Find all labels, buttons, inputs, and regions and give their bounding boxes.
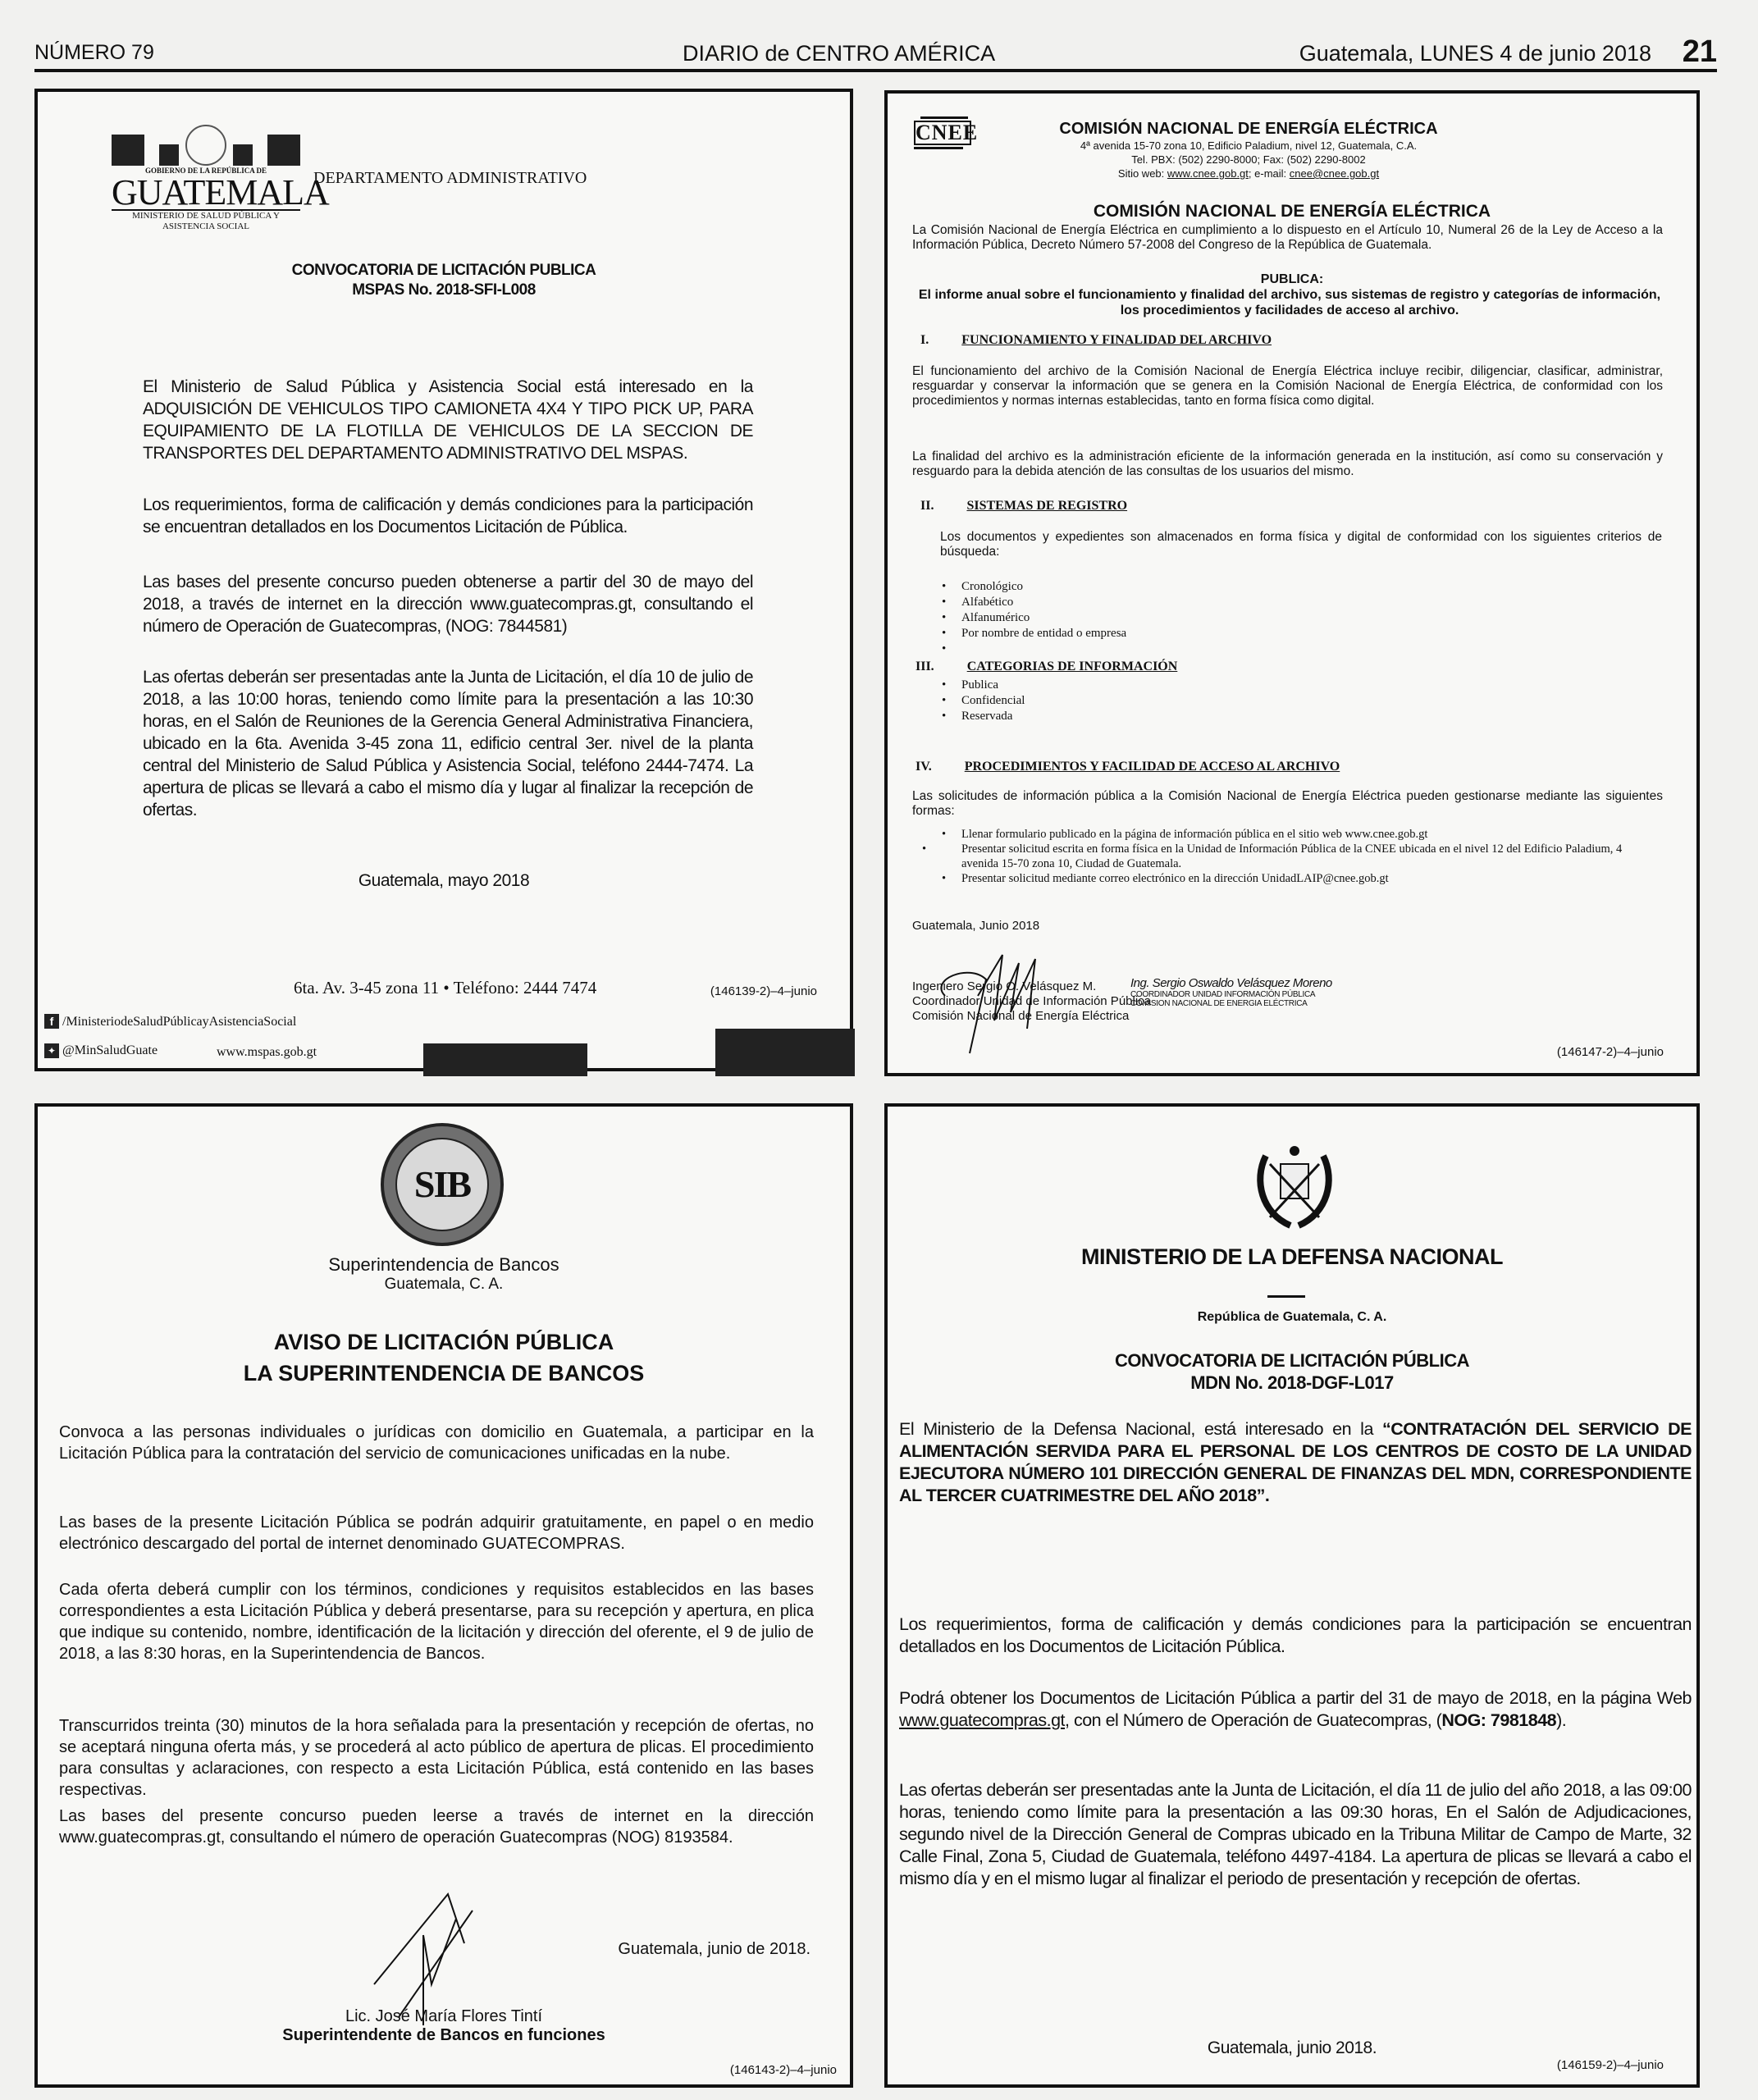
list-item: Cronológico	[942, 579, 1126, 595]
section-heading: II.SISTEMAS DE REGISTRO	[920, 499, 1127, 514]
list-item: Publica	[942, 678, 1025, 693]
signer-block: Lic. José María Flores Tintí Superintend…	[38, 2007, 850, 2045]
section-1-paragraph-1: El funcionamiento del archivo de la Comi…	[912, 364, 1663, 409]
list-item: Presentar solicitud mediante correo elec…	[942, 871, 1647, 886]
guatemala-coat-of-arms-icon	[1253, 1139, 1336, 1230]
paragraph-closing: Transcurridos treinta (30) minutos de la…	[59, 1715, 814, 1801]
tender-title: CONVOCATORIA DE LICITACIÓN PÚBLICA MDN N…	[888, 1349, 1696, 1394]
twitter-icon: ✦	[44, 1043, 59, 1058]
cnee-intro: La Comisión Nacional de Energía Eléctric…	[912, 223, 1663, 253]
list-item	[942, 641, 1126, 657]
paragraph-offers: Cada oferta deberá cumplir con los térmi…	[59, 1579, 814, 1664]
sib-letterhead: Superintendencia de Bancos Guatemala, C.…	[38, 1254, 850, 1294]
search-criteria-list: Cronológico Alfabético Alfanumérico Por …	[942, 579, 1126, 657]
ad-reference: (146143-2)–4–junio	[730, 2063, 837, 2077]
section-2-paragraph: Los documentos y expedientes son almacen…	[940, 530, 1662, 559]
guatemala-government-logo: GOBIERNO DE LA REPÚBLICA DE GUATEMALA MI…	[112, 125, 300, 232]
cnee-subtitle: El informe anual sobre el funcionamiento…	[912, 287, 1667, 318]
cnee-logo-text: CNEE	[914, 121, 971, 145]
info-categories-list: Publica Confidencial Reservada	[942, 678, 1025, 724]
paragraph-requirements: Los requerimientos, forma de calificació…	[899, 1614, 1692, 1658]
cnee-logo: CNEE	[914, 116, 971, 151]
website-link[interactable]: www.mspas.gob.gt	[217, 1045, 317, 1060]
paragraph-intro: El Ministerio de la Defensa Nacional, es…	[899, 1418, 1692, 1507]
tender-title: CONVOCATORIA DE LICITACIÓN PUBLICA MSPAS…	[38, 261, 850, 300]
paragraph-documents: Podrá obtener los Documentos de Licitaci…	[899, 1687, 1692, 1732]
department-name: DEPARTAMENTO ADMINISTRATIVO	[313, 169, 587, 188]
place-date: Guatemala, junio de 2018.	[618, 1940, 811, 1959]
coat-of-arms-icon	[112, 125, 300, 166]
guatecompras-link[interactable]: www.guatecompras.gt	[899, 1710, 1065, 1730]
signer-block: Ingeniero Sergio O. Velásquez M. Coordin…	[912, 979, 1151, 1024]
ad-mspas: GOBIERNO DE LA REPÚBLICA DE GUATEMALA MI…	[34, 89, 853, 1071]
address-phone: 6ta. Av. 3-45 zona 11 • Teléfono: 2444 7…	[294, 978, 596, 998]
ad-sib: SIB Superintendencia de Bancos Guatemala…	[34, 1103, 853, 2088]
decorative-photo-block	[715, 1029, 855, 1076]
section-4-paragraph: Las solicitudes de información pública a…	[912, 789, 1663, 819]
access-methods-list: Llenar formulario publicado en la página…	[942, 827, 1647, 886]
paragraph-offers: Las ofertas deberán ser presentadas ante…	[143, 666, 753, 821]
facebook-icon: f	[44, 1014, 59, 1029]
list-item: Alfabético	[942, 595, 1126, 610]
section-1-paragraph-2: La finalidad del archivo es la administr…	[912, 450, 1663, 479]
place-date: Guatemala, Junio 2018	[912, 919, 1039, 933]
country-line: República de Guatemala, C. A.	[888, 1310, 1696, 1325]
list-item: Alfanumérico	[942, 610, 1126, 626]
place-date: Guatemala, junio 2018.	[888, 2038, 1696, 2058]
list-item: Por nombre de entidad o empresa	[942, 626, 1126, 641]
newspaper-name: DIARIO de CENTRO AMÉRICA	[683, 41, 995, 66]
place-date: Guatemala, mayo 2018	[38, 871, 850, 891]
twitter-link[interactable]: ✦ @MinSaludGuate	[44, 1043, 158, 1058]
list-item: Presentar solicitud escrita en forma fís…	[942, 842, 1647, 871]
section-heading: IV.PROCEDIMIENTOS Y FACILIDAD DE ACCESO …	[916, 760, 1340, 774]
paragraph-bases: Las bases de la presente Licitación Públ…	[59, 1512, 814, 1554]
page-number: 21	[1683, 34, 1717, 70]
paragraph-intro: El Ministerio de Salud Pública y Asisten…	[143, 376, 753, 464]
cnee-email-link[interactable]: cnee@cnee.gob.gt	[1290, 167, 1379, 180]
tender-title: AVISO DE LICITACIÓN PÚBLICA LA SUPERINTE…	[38, 1326, 850, 1389]
decorative-photo-block	[423, 1043, 587, 1076]
facebook-link[interactable]: f /MinisteriodeSaludPúblicayAsistenciaSo…	[44, 1014, 296, 1029]
dateline: Guatemala, LUNES 4 de junio 2018	[1299, 41, 1651, 66]
cnee-title: COMISIÓN NACIONAL DE ENERGÍA ELÉCTRICA	[888, 202, 1696, 221]
paragraph-nog: Las bases del presente concurso pueden l…	[59, 1806, 814, 1848]
list-item: Llenar formulario publicado en la página…	[942, 827, 1647, 842]
section-heading: I.FUNCIONAMIENTO Y FINALIDAD DEL ARCHIVO	[920, 333, 1272, 348]
cnee-letterhead: COMISIÓN NACIONAL DE ENERGÍA ELÉCTRICA 4…	[978, 120, 1519, 180]
paragraph-requirements: Los requerimientos, forma de calificació…	[143, 494, 753, 538]
ad-reference: (146159-2)–4–junio	[1557, 2058, 1664, 2072]
ad-cnee: CNEE COMISIÓN NACIONAL DE ENERGÍA ELÉCTR…	[884, 90, 1700, 1076]
section-heading: III.CATEGORIAS DE INFORMACIÓN	[916, 660, 1177, 674]
cnee-publica: PUBLICA:	[888, 272, 1696, 287]
ad-reference: (146139-2)–4–junio	[710, 984, 817, 998]
divider	[1267, 1295, 1305, 1298]
paragraph-bases: Las bases del presente concurso pueden o…	[143, 571, 753, 637]
masthead: NÚMERO 79 DIARIO de CENTRO AMÉRICA Guate…	[34, 36, 1717, 72]
list-item: Confidencial	[942, 693, 1025, 709]
official-stamp: Ing. Sergio Oswaldo Velásquez Moreno COO…	[1130, 976, 1332, 1008]
issue-number: NÚMERO 79	[34, 41, 154, 65]
sib-seal-icon: SIB	[381, 1123, 504, 1246]
paragraph-intro: Convoca a las personas individuales o ju…	[59, 1422, 814, 1464]
ad-reference: (146147-2)–4–junio	[1557, 1045, 1664, 1059]
cnee-website-link[interactable]: www.cnee.gob.gt	[1167, 167, 1249, 180]
ministry-name: MINISTERIO DE LA DEFENSA NACIONAL	[888, 1244, 1696, 1270]
list-item: Reservada	[942, 709, 1025, 724]
ad-mdn: MINISTERIO DE LA DEFENSA NACIONAL Repúbl…	[884, 1103, 1700, 2088]
paragraph-offers: Las ofertas deberán ser presentadas ante…	[899, 1779, 1692, 1890]
